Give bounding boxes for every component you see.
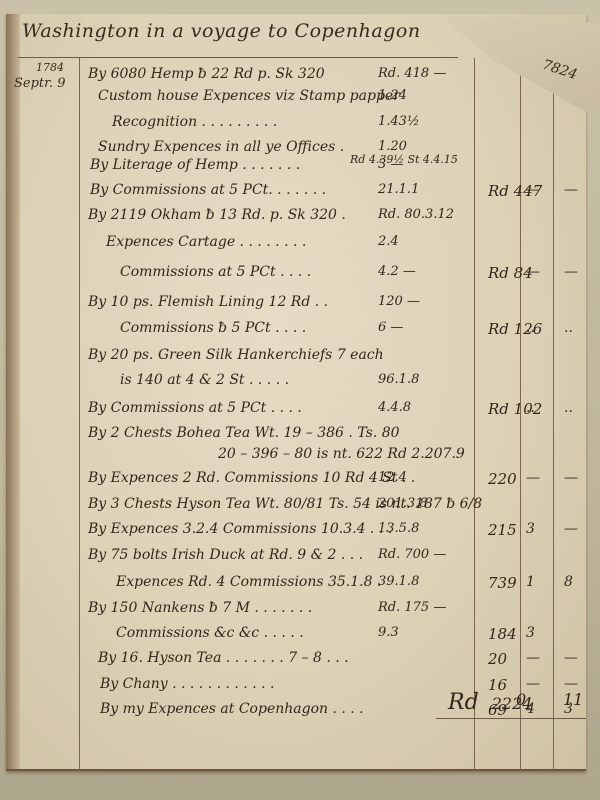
entry-amount: 12.4 bbox=[378, 470, 407, 485]
grand-total-row: Rd 2224 0 11 bbox=[448, 690, 532, 715]
entry-total: 739 bbox=[488, 574, 517, 592]
ledger-entry: By 75 bolts Irish Duck at Rd. 9 & 2 . . … bbox=[88, 547, 588, 571]
entry-amount: 2.4 bbox=[378, 234, 399, 249]
entry-c2: .. bbox=[564, 320, 573, 336]
grand-total-c2: 11 bbox=[563, 690, 583, 709]
entry-amount: 120 — bbox=[378, 294, 420, 309]
binding-edge bbox=[6, 14, 20, 769]
entry-amount: 6 — bbox=[378, 320, 403, 335]
date-column-rule bbox=[79, 58, 80, 770]
ledger-entry: By Literage of Hemp . . . . . . .3 — bbox=[88, 157, 588, 181]
ledger-entry: Expences Cartage . . . . . . . .2.4 bbox=[88, 234, 588, 258]
entry-description: By Commissions at 5 PCt . . . . bbox=[88, 400, 302, 416]
page-title: Washington in a voyage to Copenhagon bbox=[22, 20, 421, 42]
ledger-entry: By 2119 Okham ƀ 13 Rd. p. Sk 320 .Rd. 80… bbox=[88, 207, 588, 231]
entry-c1: 3 bbox=[526, 521, 535, 537]
entry-c2: — bbox=[564, 470, 578, 486]
entry-amount: 1.43½ bbox=[378, 114, 420, 129]
ledger-entry: is 140 at 4 & 2 St . . . . .96.1.8 bbox=[88, 372, 588, 396]
entry-c2: 8 bbox=[564, 574, 573, 590]
entry-date: 1784 Septr. 9 bbox=[14, 60, 74, 92]
entry-amount: 4.4.8 bbox=[378, 400, 411, 415]
grand-total-c1: 0 bbox=[516, 690, 526, 709]
entry-description: By 10 ps. Flemish Lining 12 Rd . . bbox=[88, 294, 328, 310]
entry-amount: Rd. 80.3.12 bbox=[378, 207, 454, 222]
entry-description: By 2 Chests Bohea Tea Wt. 19 – 386 . Ts.… bbox=[88, 425, 400, 441]
entry-amount: 1.20 bbox=[378, 139, 407, 154]
entry-total: 215 bbox=[488, 521, 517, 539]
entry-c1: — bbox=[526, 264, 540, 280]
entry-total: 220 bbox=[488, 470, 517, 488]
ledger-entry: By 10 ps. Flemish Lining 12 Rd . .120 — bbox=[88, 294, 588, 318]
ledger-entry: 20 – 396 – 80 is nt. 622 Rd 2.207.9 bbox=[88, 446, 588, 470]
entry-c2: — bbox=[564, 650, 578, 666]
entry-description: Sundry Expences in all ye Offices . bbox=[98, 139, 344, 155]
entry-description: By 150 Nankens ƀ 7 M . . . . . . . bbox=[88, 600, 312, 616]
date-day: Septr. 9 bbox=[14, 76, 65, 91]
entry-description: By 75 bolts Irish Duck at Rd. 9 & 2 . . … bbox=[88, 547, 363, 563]
entry-c1: 3 bbox=[526, 625, 535, 641]
entry-description: By 2119 Okham ƀ 13 Rd. p. Sk 320 . bbox=[88, 207, 346, 223]
entry-total: 184 bbox=[488, 625, 517, 643]
entry-c1: — bbox=[526, 182, 540, 198]
entry-amount: 96.1.8 bbox=[378, 372, 419, 387]
entry-c2: .. bbox=[564, 400, 573, 416]
grand-total-label: Rd bbox=[448, 690, 479, 715]
entry-description: Commissions at 5 PCt . . . . bbox=[120, 264, 311, 280]
entry-amount: 21.1.1 bbox=[378, 182, 419, 197]
entry-c2: — bbox=[564, 264, 578, 280]
ledger-entry: By 6080 Hemp ƀ 22 Rd p. Sk 320Rd. 418 — bbox=[88, 66, 588, 90]
entry-amount: 4.2 — bbox=[378, 264, 416, 279]
ledger-entry: Custom house Expences viz Stamp papper1.… bbox=[88, 88, 588, 112]
entry-c1: .. bbox=[526, 320, 535, 336]
ledger-entry: By Expences 2 Rd. Commissions 10 Rd 4 St… bbox=[88, 470, 588, 494]
ledger-entry: By Commissions at 5 PCt. . . . . . .21.1… bbox=[88, 182, 588, 206]
ledger-entry: Commissions &c &c . . . . .9.31843 bbox=[88, 625, 588, 649]
ledger-entry: By 150 Nankens ƀ 7 M . . . . . . .Rd. 17… bbox=[88, 600, 588, 624]
grand-total-amount: 2224 bbox=[492, 694, 533, 713]
ledger-entry: Recognition . . . . . . . . .1.43½ bbox=[88, 114, 588, 138]
entry-amount: Rd. 175 — bbox=[378, 600, 446, 615]
entry-amount: 201.3.8 bbox=[378, 496, 428, 511]
entry-amount: 3 — bbox=[378, 157, 403, 172]
header-rule bbox=[18, 57, 458, 58]
entry-description: By Chany . . . . . . . . . . . . bbox=[100, 676, 274, 692]
ledger-entry: Expences Rd. 4 Commissions 35.1.8 .39.1.… bbox=[88, 574, 588, 598]
entry-description: By 16. Hyson Tea . . . . . . . 7 – 8 . .… bbox=[98, 650, 349, 666]
entry-c1: — bbox=[526, 470, 540, 486]
entry-description: By Expences 3.2.4 Commissions 10.3.4 . .… bbox=[88, 521, 392, 537]
entry-description: Expences Cartage . . . . . . . . bbox=[106, 234, 306, 250]
entry-amount: 9.3 bbox=[378, 625, 399, 640]
ledger-entry: By Expences 3.2.4 Commissions 10.3.4 . .… bbox=[88, 521, 588, 545]
entry-description: By Literage of Hemp . . . . . . . bbox=[90, 157, 300, 173]
entry-amount: Rd. 418 — bbox=[378, 66, 446, 81]
entry-description: By Commissions at 5 PCt. . . . . . . bbox=[90, 182, 326, 198]
entry-description: 20 – 396 – 80 is nt. 622 Rd 2.207.9 bbox=[218, 446, 465, 462]
ledger-entry: Commissions ƀ 5 PCt . . . .6 —Rd 126.... bbox=[88, 320, 588, 344]
entry-description: Expences Rd. 4 Commissions 35.1.8 . bbox=[116, 574, 381, 590]
entry-amount: 1.24 bbox=[378, 88, 407, 103]
entry-total: 20 bbox=[488, 650, 507, 668]
ledger-entry: By 3 Chests Hyson Tea Wt. 80/81 Ts. 54 i… bbox=[88, 496, 588, 520]
entry-description: By my Expences at Copenhagon . . . . bbox=[100, 701, 364, 717]
entry-description: Custom house Expences viz Stamp papper bbox=[98, 88, 400, 104]
entry-description: Recognition . . . . . . . . . bbox=[112, 114, 277, 130]
entry-amount: Rd. 700 — bbox=[378, 547, 446, 562]
entry-c1: — bbox=[526, 650, 540, 666]
entry-c2: — bbox=[564, 521, 578, 537]
entry-c2: — bbox=[564, 182, 578, 198]
entry-description: By 6080 Hemp ƀ 22 Rd p. Sk 320 bbox=[88, 66, 325, 82]
entry-description: Commissions ƀ 5 PCt . . . . bbox=[120, 320, 306, 336]
entry-c1: 1 bbox=[526, 574, 535, 590]
ledger-entry: By 16. Hyson Tea . . . . . . . 7 – 8 . .… bbox=[88, 650, 588, 674]
entry-amount: 13.5.8 bbox=[378, 521, 419, 536]
ledger-entry: By Commissions at 5 PCt . . . .4.4.8Rd 1… bbox=[88, 400, 588, 424]
entry-amount: 39.1.8 bbox=[378, 574, 419, 589]
entry-description: Commissions &c &c . . . . . bbox=[116, 625, 304, 641]
entry-description: By Expences 2 Rd. Commissions 10 Rd 4 St… bbox=[88, 470, 415, 486]
date-year: 1784 bbox=[14, 60, 74, 76]
entry-c1: .. bbox=[526, 400, 535, 416]
ledger-entry: By 20 ps. Green Silk Hankerchiefs 7 each bbox=[88, 347, 588, 371]
entry-description: By 20 ps. Green Silk Hankerchiefs 7 each bbox=[88, 347, 384, 363]
ledger-entry: Commissions at 5 PCt . . . .4.2 —Rd 84—— bbox=[88, 264, 588, 288]
entry-description: is 140 at 4 & 2 St . . . . . bbox=[120, 372, 289, 388]
